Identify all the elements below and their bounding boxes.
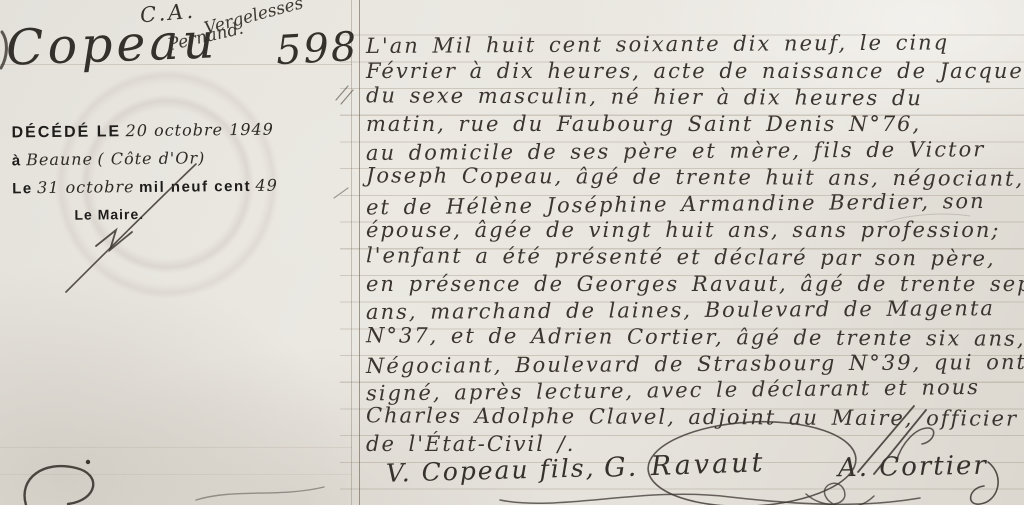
stamp-mayor-label: Le Maire. [74, 206, 144, 223]
ruled-line [0, 447, 352, 448]
act-text-line: l'enfant a été présenté et déclaré par s… [366, 242, 1022, 272]
act-text-line: du sexe masculin, né hier à dix heures d… [366, 83, 1022, 113]
next-entry-partial-letter [86, 460, 90, 464]
stamp-on-label: Le [12, 180, 33, 197]
act-text-line: en présence de Georges Ravaut, âgé de tr… [366, 271, 1022, 298]
act-text-line: ans, marchand de laines, Boulevard de Ma… [366, 295, 1022, 326]
death-annotation-stamp: DÉCÉDÉ LE 20 octobre 1949 à Beaune ( Côt… [11, 116, 278, 230]
act-text-line: épouse, âgée de vingt huit ans, sans pro… [366, 217, 1022, 244]
scanned-birth-register-page: C.A. Pernand. Vergelesses Copeau 598 DÉC… [0, 0, 1024, 505]
stamp-registration-year: 49 [255, 176, 278, 195]
ruled-line [0, 474, 352, 475]
margin-rule-line [359, 0, 360, 505]
signature-witness-ravaut: G. Ravaut [604, 447, 766, 484]
record-number: 598 [275, 24, 360, 74]
act-text-line: L'an Mil huit cent soixante dix neuf, le… [366, 29, 1022, 60]
act-text-line: matin, rue du Faubourg Saint Denis N°76, [366, 111, 1022, 138]
stamp-year-prefix: mil neuf cent [139, 178, 251, 196]
stamp-death-date: 20 octobre 1949 [125, 120, 273, 141]
signature-declarant: V. Copeau fils, [386, 453, 596, 487]
stamp-department: ( Côte d'Or) [97, 148, 205, 168]
act-text-line: et de Hélène Joséphine Armandine Berdier… [366, 187, 1022, 221]
margin-rule-line [351, 0, 352, 505]
act-text-line: Charles Adolphe Clavel, adjoint au Maire… [366, 402, 1022, 432]
stamp-registration-day: 31 octobre [37, 177, 135, 197]
signature-witness-cortier: A. Cortier [838, 451, 988, 484]
act-text-line: Février à dix heures, acte de naissance … [366, 58, 1022, 85]
faint-handwriting-trace [196, 487, 324, 500]
next-entry-partial-letter [25, 466, 94, 505]
stamp-at-label: à [12, 152, 22, 169]
act-text-line: N°37, et de Adrien Cortier, âgé de trent… [366, 322, 1022, 352]
stamp-deceased-label: DÉCÉDÉ LE [11, 123, 121, 141]
act-text-block: L'an Mil huit cent soixante dix neuf, le… [366, 31, 1022, 457]
act-text-line: au domicile de ses père et mère, fils de… [366, 136, 1022, 167]
stamp-place: Beaune [26, 150, 93, 170]
surname-headline: Copeau [5, 12, 219, 76]
